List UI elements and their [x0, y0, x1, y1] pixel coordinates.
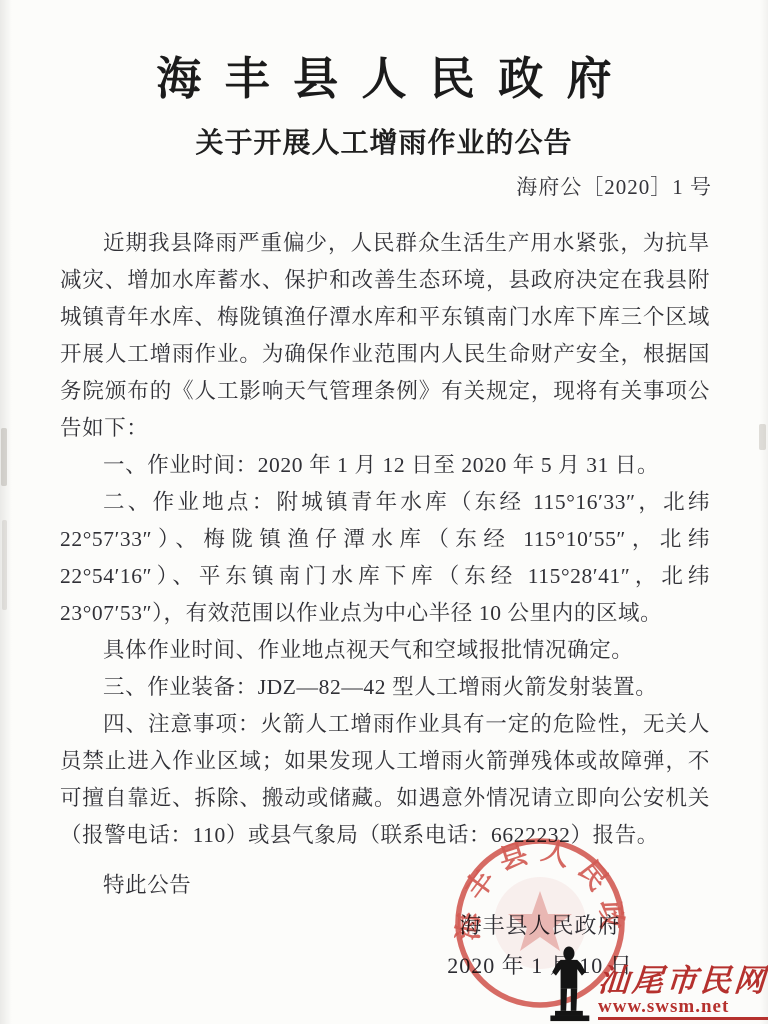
scanned-government-notice: 海丰县人民政府 关于开展人工增雨作业的公告 海府公［2020］1 号 近期我县降… — [0, 0, 768, 1024]
site-watermark: 汕尾市民网 www.swsm.net — [540, 946, 768, 1022]
scan-smudge — [1, 428, 7, 486]
paragraph-equipment: 三、作业装备：JDZ—82—42 型人工增雨火箭发射装置。 — [60, 669, 710, 706]
document-number: 海府公［2020］1 号 — [0, 171, 768, 201]
paragraph-locations: 二、作业地点：附城镇青年水库（东经 115°16′33″，北纬 22°57′33… — [60, 484, 710, 632]
person-silhouette-icon — [540, 946, 596, 1022]
paragraph-time: 一、作业时间：2020 年 1 月 12 日至 2020 年 5 月 31 日。 — [60, 447, 710, 484]
paragraph-precautions: 四、注意事项：火箭人工增雨作业具有一定的危险性，无关人员禁止进入作业区域；如果发… — [60, 706, 710, 854]
scan-smudge — [759, 424, 766, 450]
scan-smudge — [2, 520, 7, 610]
watermark-site-name: 汕尾市民网 — [597, 966, 768, 996]
page-title: 海丰县人民政府 — [0, 0, 768, 107]
paragraph-intro: 近期我县降雨严重偏少，人民群众生活生产用水紧张，为抗旱减灾、增加水库蓄水、保护和… — [60, 225, 710, 447]
closing-phrase: 特此公告 — [60, 867, 710, 904]
notice-body: 近期我县降雨严重偏少，人民群众生活生产用水紧张，为抗旱减灾、增加水库蓄水、保护和… — [60, 225, 710, 904]
issuer-name: 海丰县人民政府 — [390, 906, 690, 946]
watermark-site-url: www.swsm.net — [598, 996, 768, 1020]
paragraph-conditions: 具体作业时间、作业地点视天气和空域报批情况确定。 — [60, 632, 710, 669]
notice-subtitle: 关于开展人工增雨作业的公告 — [0, 121, 768, 161]
watermark-text-block: 汕尾市民网 www.swsm.net — [598, 966, 768, 1022]
